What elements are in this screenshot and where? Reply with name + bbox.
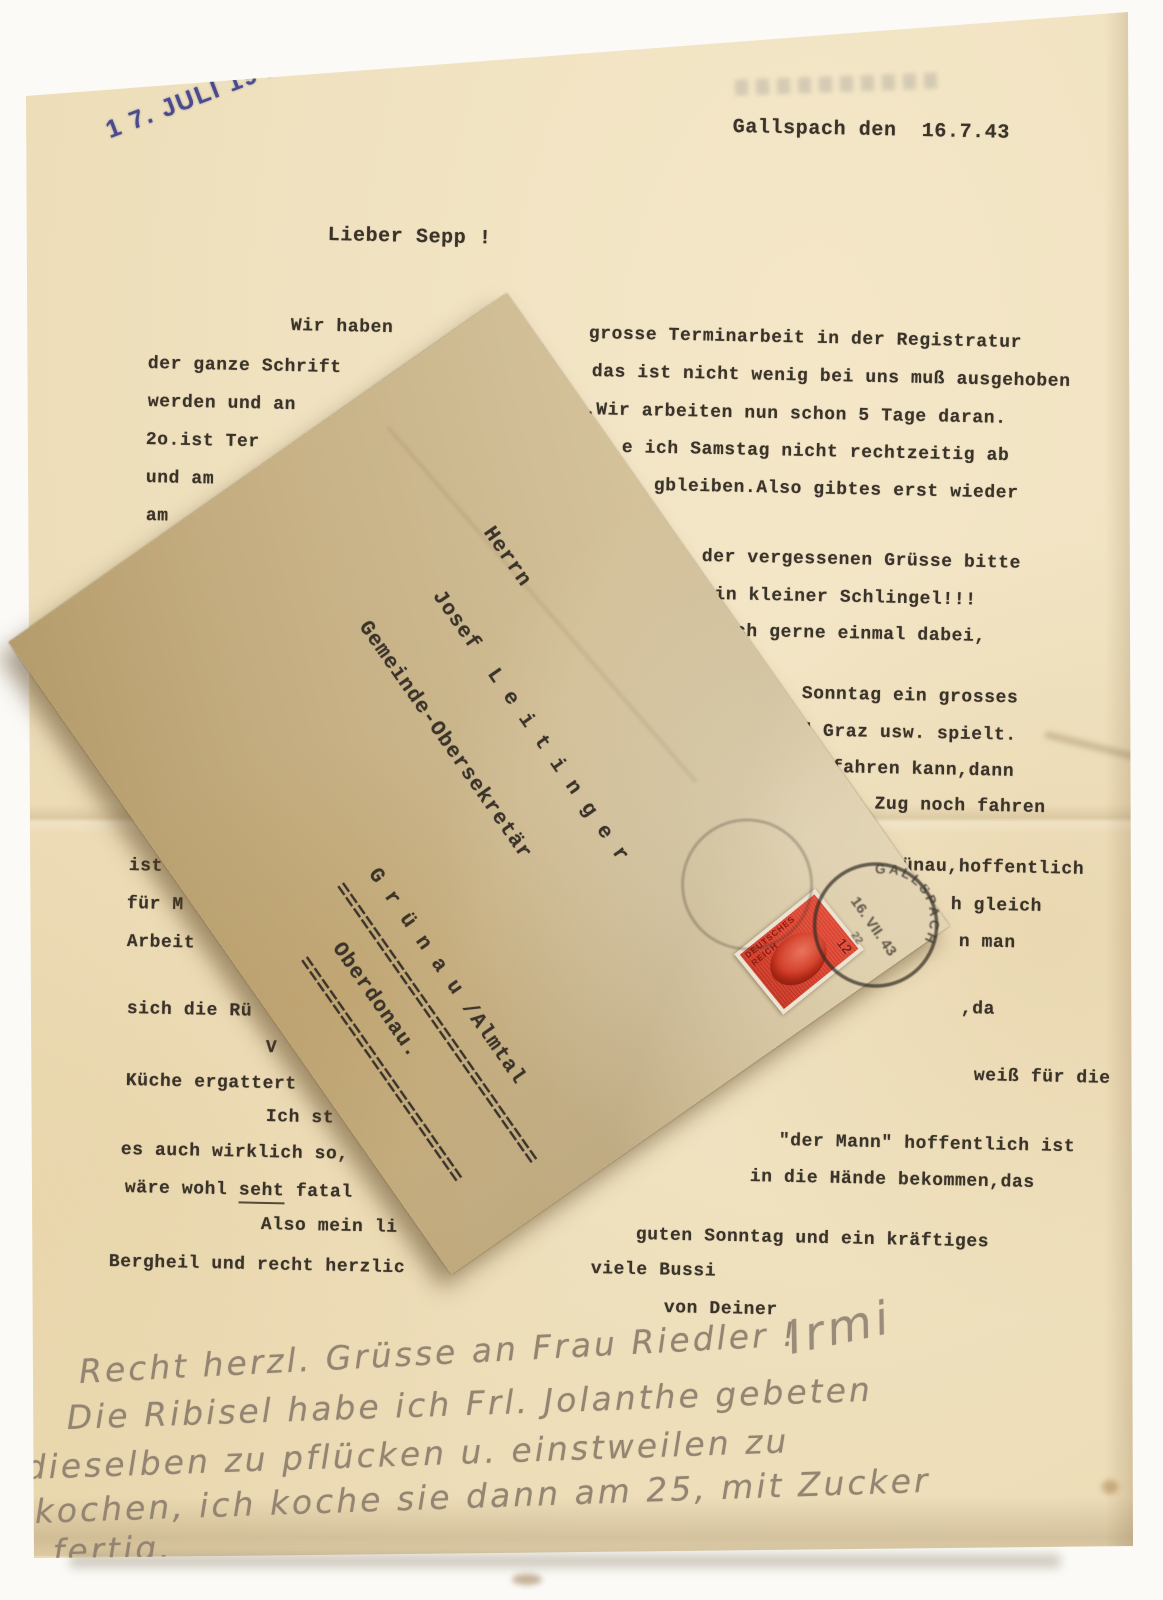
typed-line-fragment: h gleich (951, 895, 1043, 917)
typed-line-fragment: fahren kann,dann (832, 758, 1015, 782)
typed-line-fragment: e ich Samstag nicht rechtzeitig ab (622, 438, 1010, 466)
typed-line-fragment: und am (146, 468, 215, 489)
envelope-address-line: Gemeinde-Obersekretär (353, 617, 536, 864)
typed-line-fragment: der vergessenen Grüsse bitte (702, 547, 1022, 574)
typed-line-fragment: ist (129, 856, 164, 877)
paper-bottom-shadow (70, 1554, 1060, 1568)
typed-line-fragment: wäre wohl seht fatal (125, 1178, 353, 1203)
scanned-document: 1 7. JULI 1943 Gallspach den 16.7.43 Lie… (0, 0, 1163, 1600)
typed-line-fragment: viele Bussi (591, 1259, 717, 1282)
typed-line-fragment: "der Mann" hoffentlich ist (779, 1131, 1076, 1157)
typed-line-fragment: der ganze Schrift (148, 354, 342, 378)
right-edge-shade (1105, 0, 1135, 1600)
typed-line-fragment: in die Hände bekommen,das (750, 1167, 1035, 1193)
salutation: Lieber Sepp ! (328, 224, 492, 250)
typed-line-fragment: V (266, 1038, 278, 1058)
typed-line-fragment: .Wir arbeiten nun schon 5 Tage daran. (585, 400, 1007, 429)
typed-line-fragment: Ich st (266, 1107, 335, 1128)
typed-line-fragment: für M (127, 894, 184, 915)
typed-line-fragment: werden und an (148, 392, 297, 415)
typed-line-fragment: gbleiben.Also gibtes erst wieder (654, 476, 1019, 504)
postmark-date: 16. VII. 43 (847, 894, 900, 960)
typed-line-fragment: am (146, 506, 169, 526)
envelope-address-line: Herrn (477, 523, 535, 592)
typed-line-fragment: das ist nicht wenig bei uns muß ausgehob… (592, 362, 1071, 392)
foxing-spot (1102, 1480, 1118, 1494)
typed-line-fragment: 2o.ist Ter (146, 430, 260, 452)
typed-line-fragment: sich die Rü (127, 999, 253, 1022)
typed-line-fragment: ,da (961, 999, 996, 1020)
typed-line-fragment: Sonntag ein grosses (802, 684, 1019, 709)
typed-line-fragment: guten Sonntag und ein kräftiges (636, 1225, 990, 1252)
typed-text: fatal (284, 1181, 353, 1202)
typed-line-fragment: Bergheil und recht herzlic (109, 1252, 406, 1278)
typed-line-fragment: Also mein li (261, 1215, 398, 1238)
handwritten-signature: Irmi (782, 1290, 897, 1365)
typed-text: wäre wohl (125, 1178, 239, 1200)
typed-line-fragment: Arbeit (127, 932, 196, 953)
typed-line-fragment: grosse Terminarbeit in der Registratur (589, 324, 1023, 353)
typed-line-fragment: Wir haben (291, 316, 394, 338)
typed-line-fragment: ünau,hoffentlich (902, 856, 1085, 880)
foxing-spot (512, 1574, 542, 1585)
typed-line-fragment: Küche ergattert (126, 1071, 297, 1095)
envelope-address-line: Josef L e i t i n g e r (427, 586, 633, 867)
typed-line-fragment: n Zug noch fahren (852, 794, 1046, 818)
typed-line-fragment: n man (959, 932, 1016, 953)
underlined-word: seht (239, 1180, 285, 1204)
received-date-stamp: 1 7. JULI 1943 (102, 49, 293, 145)
typed-line-fragment: es auch wirklich so, (121, 1140, 349, 1165)
postmark-time-code: 22 (848, 930, 865, 947)
typed-line-fragment: weiß für die (974, 1066, 1111, 1089)
dateline: Gallspach den 16.7.43 (733, 116, 1011, 145)
typed-line-fragment: nd Graz usw. spielt. (789, 721, 1017, 746)
